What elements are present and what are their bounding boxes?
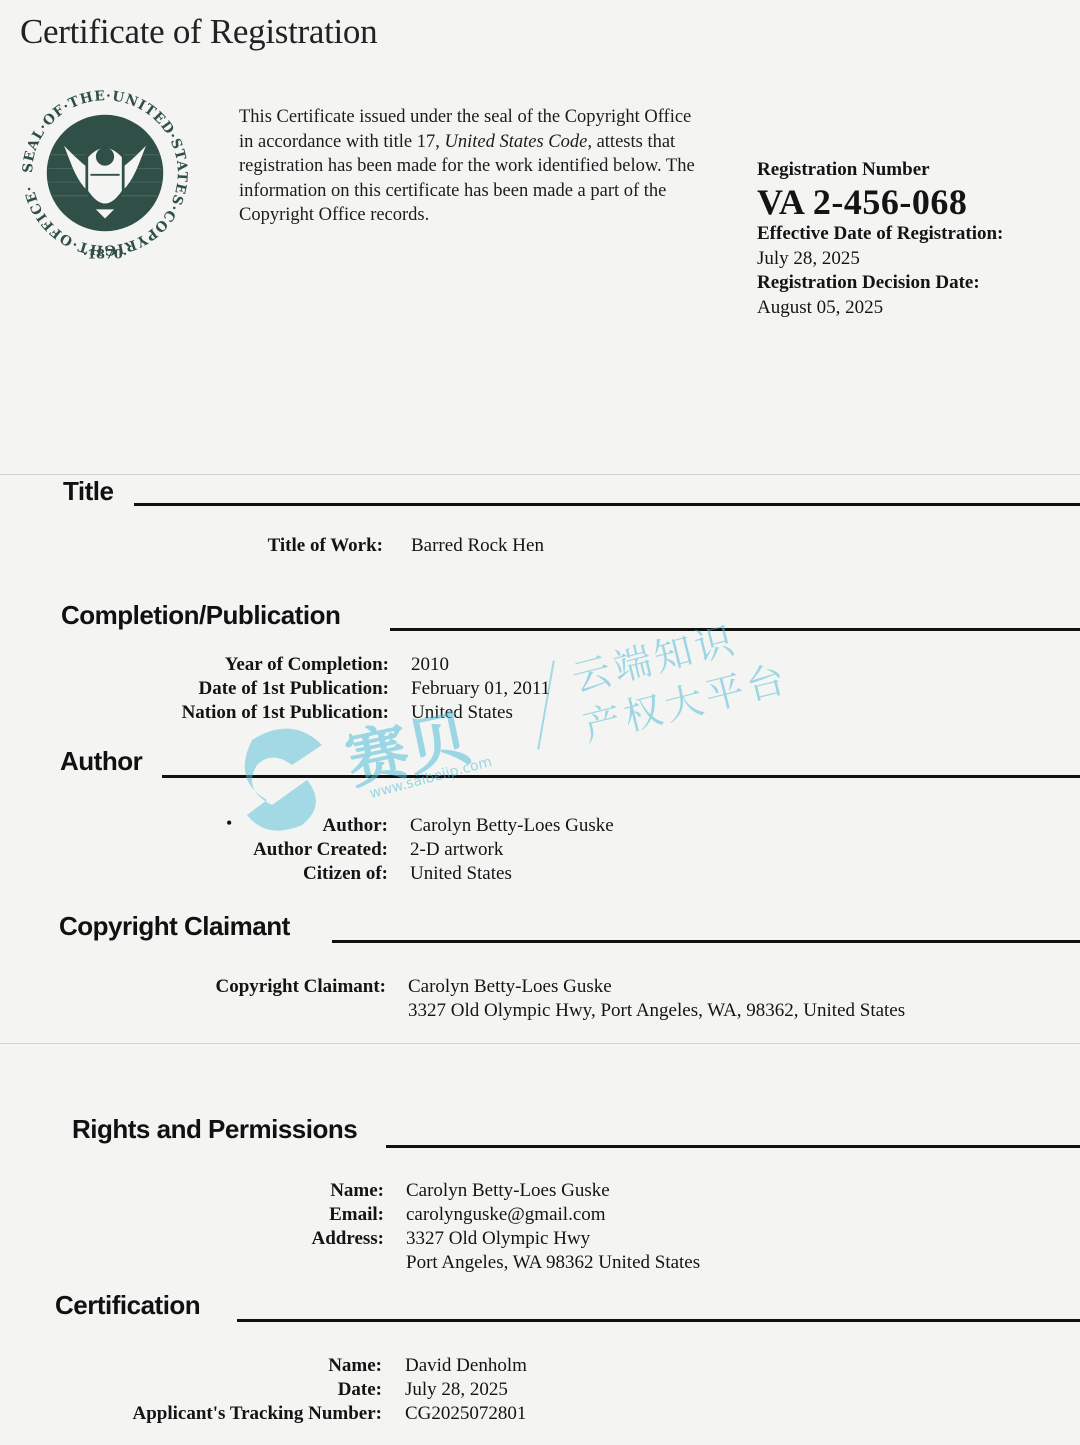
field-label: Name:	[42, 1354, 382, 1378]
field-value: CG2025072801	[405, 1402, 526, 1426]
field-label: Author Created:	[88, 838, 388, 862]
field-value: 2-D artwork	[410, 838, 503, 862]
svg-text:·1870·: ·1870·	[83, 248, 127, 263]
decision-date: August 05, 2025	[757, 295, 1003, 320]
section-rule	[390, 628, 1080, 631]
section-heading-claimant: Copyright Claimant	[59, 911, 290, 942]
section-rule	[386, 1145, 1080, 1148]
section-heading-title: Title	[63, 476, 113, 507]
field-value: David Denholm	[405, 1354, 527, 1378]
certificate-intro: This Certificate issued under the seal o…	[239, 105, 709, 228]
section-rule	[237, 1319, 1080, 1322]
watermark-url: www.saibeiip.com	[368, 754, 494, 802]
field-value: 3327 Old Olympic Hwy, Port Angeles, WA, …	[408, 999, 905, 1023]
watermark-logo-icon	[232, 720, 342, 840]
section-heading-completion: Completion/Publication	[61, 600, 340, 631]
field-label: Name:	[84, 1179, 384, 1203]
field-value: Carolyn Betty-Loes Guske	[406, 1179, 610, 1203]
field-label: Title of Work:	[83, 534, 383, 558]
field-value: Carolyn Betty-Loes Guske	[408, 975, 612, 999]
field-label: Copyright Claimant:	[86, 975, 386, 999]
watermark-slogan-2: 产权大平台	[576, 647, 793, 751]
field-label: Year of Completion:	[89, 653, 389, 677]
fold-line	[0, 1043, 1080, 1044]
document-title: Certificate of Registration	[20, 12, 377, 52]
field-label: Email:	[84, 1203, 384, 1227]
watermark-divider	[537, 661, 555, 750]
registration-block: Registration Number VA 2-456-068 Effecti…	[757, 158, 1003, 320]
registration-number: VA 2-456-068	[757, 182, 1003, 222]
effective-date-label: Effective Date of Registration:	[757, 222, 1003, 246]
field-label: Date:	[42, 1378, 382, 1402]
registration-number-label: Registration Number	[757, 158, 1003, 182]
section-rule	[332, 940, 1080, 943]
fold-line	[0, 474, 1080, 475]
field-value: February 01, 2011	[411, 677, 550, 701]
section-rule	[134, 503, 1080, 506]
copyright-office-seal-icon: SEAL·OF·THE·UNITED·STATES·COPYRIGHT·OFFI…	[14, 82, 196, 264]
field-value: July 28, 2025	[405, 1378, 508, 1402]
section-heading-author: Author	[60, 746, 142, 777]
field-value: United States	[410, 862, 512, 886]
field-value: 3327 Old Olympic Hwy	[406, 1227, 590, 1251]
field-label: Applicant's Tracking Number:	[42, 1402, 382, 1426]
field-label: Date of 1st Publication:	[89, 677, 389, 701]
field-label: Address:	[84, 1227, 384, 1251]
section-heading-rights: Rights and Permissions	[72, 1114, 357, 1145]
field-value: Barred Rock Hen	[411, 534, 544, 558]
email-value: carolynguske@gmail.com	[406, 1203, 606, 1227]
field-label: Citizen of:	[88, 862, 388, 886]
field-value: Port Angeles, WA 98362 United States	[406, 1251, 700, 1275]
field-value: Carolyn Betty-Loes Guske	[410, 814, 614, 838]
watermark-slogan-1: 云端知识	[566, 608, 742, 702]
field-value: 2010	[411, 653, 449, 677]
decision-date-label: Registration Decision Date:	[757, 271, 1003, 295]
field-value: United States	[411, 701, 513, 725]
section-heading-certification: Certification	[55, 1290, 200, 1321]
effective-date: July 28, 2025	[757, 246, 1003, 271]
